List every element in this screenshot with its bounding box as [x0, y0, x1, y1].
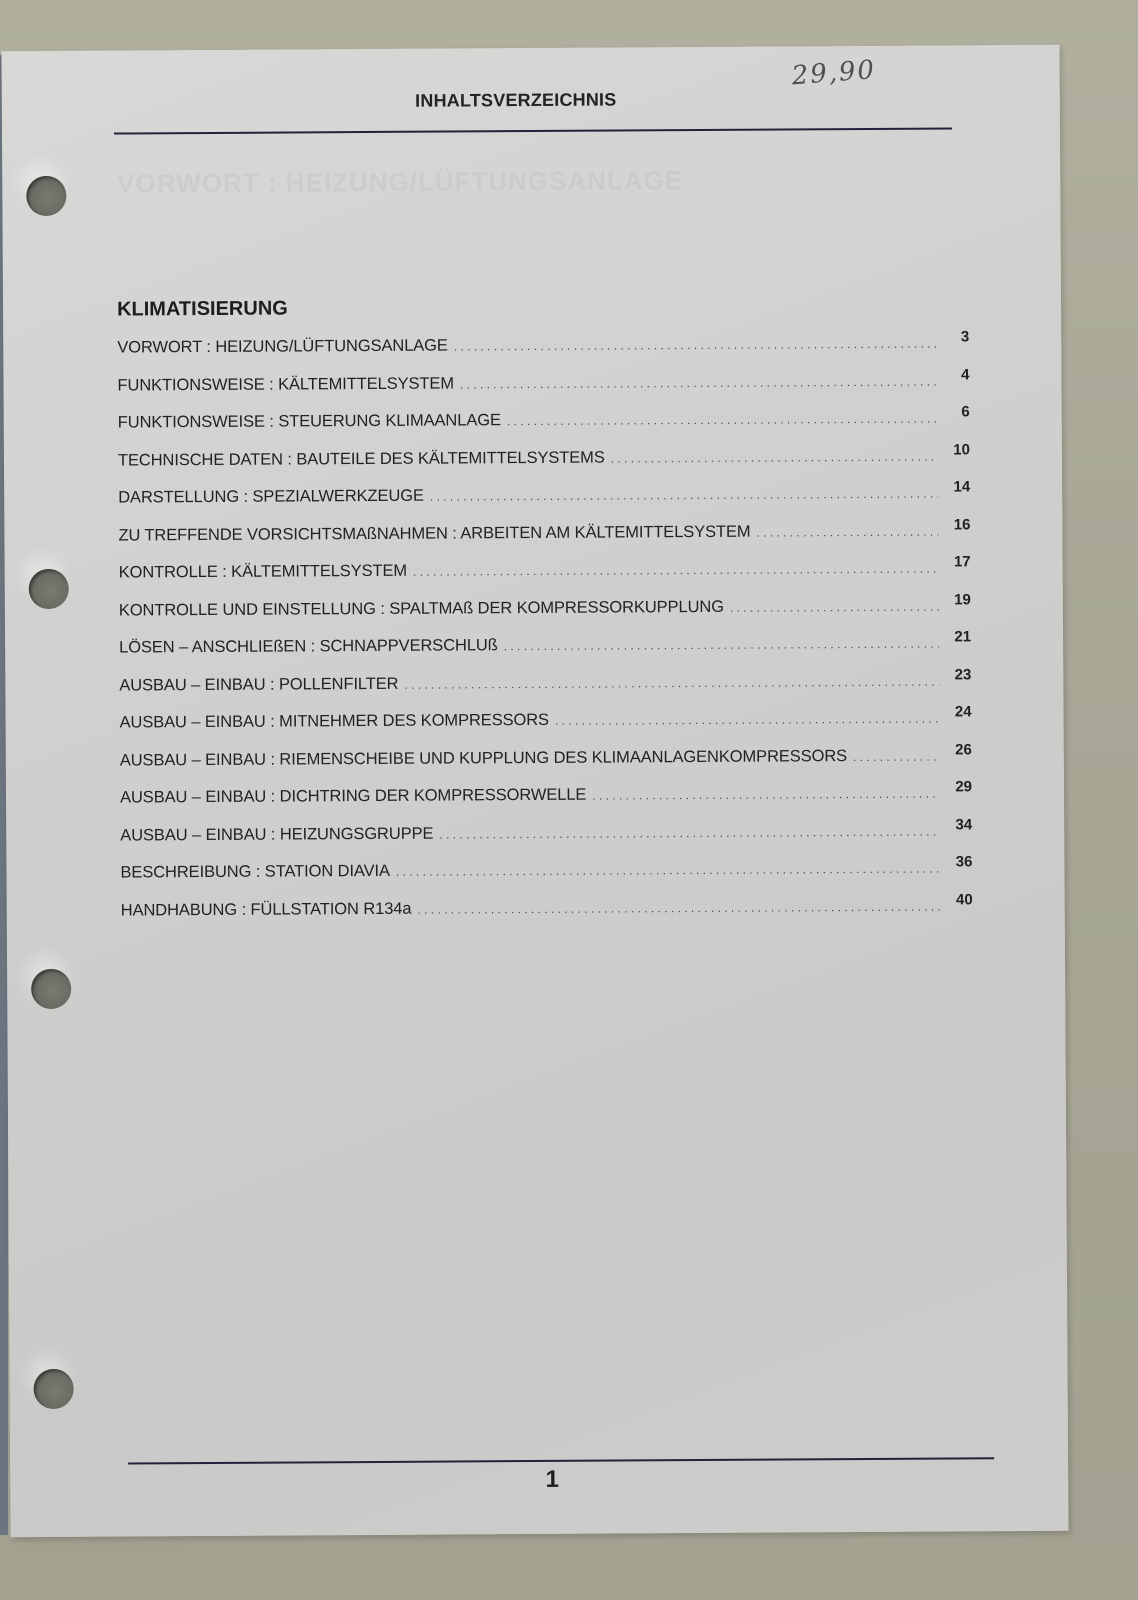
punch-hole [26, 176, 66, 216]
toc-entry-page: 23 [945, 666, 971, 683]
toc-entry-page: 34 [946, 816, 972, 833]
toc-entry-page: 4 [943, 366, 969, 383]
toc-entry: TECHNISCHE DATEN : BAUTEILE DES KÄLTEMIT… [118, 446, 970, 489]
toc-entry: FUNKTIONSWEISE : STEUERUNG KLIMAANLAGE6 [118, 408, 970, 451]
toc-entry-label: FUNKTIONSWEISE : KÄLTEMITTELSYSTEM [117, 374, 454, 395]
toc-leader-dots [439, 824, 940, 841]
toc-entry: ZU TREFFENDE VORSICHTSMAßNAHMEN : ARBEIT… [118, 521, 970, 564]
handwritten-price-note: 29,90 [791, 55, 877, 91]
punch-hole [29, 569, 69, 609]
header-rule [114, 127, 952, 134]
toc-entry-label: AUSBAU – EINBAU : POLLENFILTER [119, 674, 398, 695]
toc-entry: HANDHABUNG : FÜLLSTATION R134a40 [121, 896, 973, 939]
toc-entry-label: LÖSEN – ANSCHLIEßEN : SCHNAPPVERSCHLUß [119, 636, 498, 657]
toc-entry-label: AUSBAU – EINBAU : HEIZUNGSGRUPPE [120, 824, 433, 845]
toc-leader-dots [413, 562, 939, 579]
toc-entry: AUSBAU – EINBAU : DICHTRING DER KOMPRESS… [120, 783, 972, 826]
footer-page-number: 1 [10, 1463, 1068, 1497]
toc-entry-page: 14 [944, 478, 970, 495]
toc-leader-dots [454, 337, 938, 354]
toc-entry-label: ZU TREFFENDE VORSICHTSMAßNAHMEN : ARBEIT… [118, 522, 750, 545]
toc-entry: KONTROLLE : KÄLTEMITTELSYSTEM17 [119, 558, 971, 601]
toc-leader-dots [853, 749, 940, 764]
toc-leader-dots [592, 787, 940, 803]
toc-entry-label: KONTROLLE UND EINSTELLUNG : SPALTMAß DER… [119, 597, 724, 620]
toc-entry: AUSBAU – EINBAU : RIEMENSCHEIBE UND KUPP… [120, 746, 972, 789]
toc-entry: BESCHREIBUNG : STATION DIAVIA36 [120, 858, 972, 901]
toc-entry: AUSBAU – EINBAU : POLLENFILTER23 [119, 671, 971, 714]
page-header-title: INHALTSVERZEICHNIS [2, 87, 1060, 114]
toc-entry-page: 16 [944, 516, 970, 533]
toc-leader-dots [417, 899, 940, 916]
toc-entry: KONTROLLE UND EINSTELLUNG : SPALTMAß DER… [119, 596, 971, 639]
toc-entry-page: 6 [944, 403, 970, 420]
toc-leader-dots [555, 712, 940, 728]
toc-entry-label: TECHNISCHE DATEN : BAUTEILE DES KÄLTEMIT… [118, 448, 605, 470]
toc-leader-dots [756, 524, 938, 539]
toc-entry-label: AUSBAU – EINBAU : MITNEHMER DES KOMPRESS… [120, 711, 549, 733]
toc-leader-dots [404, 674, 939, 691]
toc-leader-dots [611, 449, 938, 465]
section-title: KLIMATISIERUNG [117, 298, 288, 322]
toc-entry-label: DARSTELLUNG : SPEZIALWERKZEUGE [118, 487, 424, 508]
toc-entry-page: 26 [946, 741, 972, 758]
toc-leader-dots [396, 862, 941, 879]
toc-entry-page: 40 [947, 891, 973, 908]
show-through-text: VORWORT : HEIZUNG/LÜFTUNGSANLAGE [117, 165, 683, 199]
toc-entry-page: 29 [946, 778, 972, 795]
toc-leader-dots [504, 637, 940, 654]
toc-entry: VORWORT : HEIZUNG/LÜFTUNGSANLAGE3 [117, 333, 969, 376]
toc-entry: DARSTELLUNG : SPEZIALWERKZEUGE14 [118, 483, 970, 526]
toc-entry-label: AUSBAU – EINBAU : RIEMENSCHEIBE UND KUPP… [120, 747, 847, 770]
toc-entry-label: VORWORT : HEIZUNG/LÜFTUNGSANLAGE [117, 337, 448, 358]
toc-entry-label: HANDHABUNG : FÜLLSTATION R134a [121, 899, 412, 920]
toc-entry-page: 24 [945, 703, 971, 720]
toc-entry-label: AUSBAU – EINBAU : DICHTRING DER KOMPRESS… [120, 786, 586, 808]
toc-entry-label: FUNKTIONSWEISE : STEUERUNG KLIMAANLAGE [118, 411, 501, 432]
toc-entry-page: 3 [943, 328, 969, 345]
toc-leader-dots [430, 487, 938, 504]
document-page: VORWORT : HEIZUNG/LÜFTUNGSANLAGE INHALTS… [1, 45, 1068, 1537]
toc-entry: AUSBAU – EINBAU : HEIZUNGSGRUPPE34 [120, 821, 972, 864]
toc-entry: FUNKTIONSWEISE : KÄLTEMITTELSYSTEM4 [117, 371, 969, 414]
toc-entry-page: 36 [946, 853, 972, 870]
toc-leader-dots [507, 412, 938, 429]
toc-entry: AUSBAU – EINBAU : MITNEHMER DES KOMPRESS… [120, 708, 972, 751]
punch-hole [34, 1369, 74, 1409]
table-of-contents: VORWORT : HEIZUNG/LÜFTUNGSANLAGE3FUNKTIO… [117, 333, 973, 938]
toc-leader-dots [730, 599, 939, 614]
toc-entry-label: BESCHREIBUNG : STATION DIAVIA [120, 862, 390, 883]
toc-entry-page: 19 [945, 591, 971, 608]
toc-entry-page: 21 [945, 628, 971, 645]
toc-leader-dots [460, 374, 938, 391]
toc-entry: LÖSEN – ANSCHLIEßEN : SCHNAPPVERSCHLUß21 [119, 633, 971, 676]
toc-entry-page: 10 [944, 441, 970, 458]
punch-hole [31, 969, 71, 1009]
toc-entry-page: 17 [945, 553, 971, 570]
toc-entry-label: KONTROLLE : KÄLTEMITTELSYSTEM [119, 562, 407, 583]
